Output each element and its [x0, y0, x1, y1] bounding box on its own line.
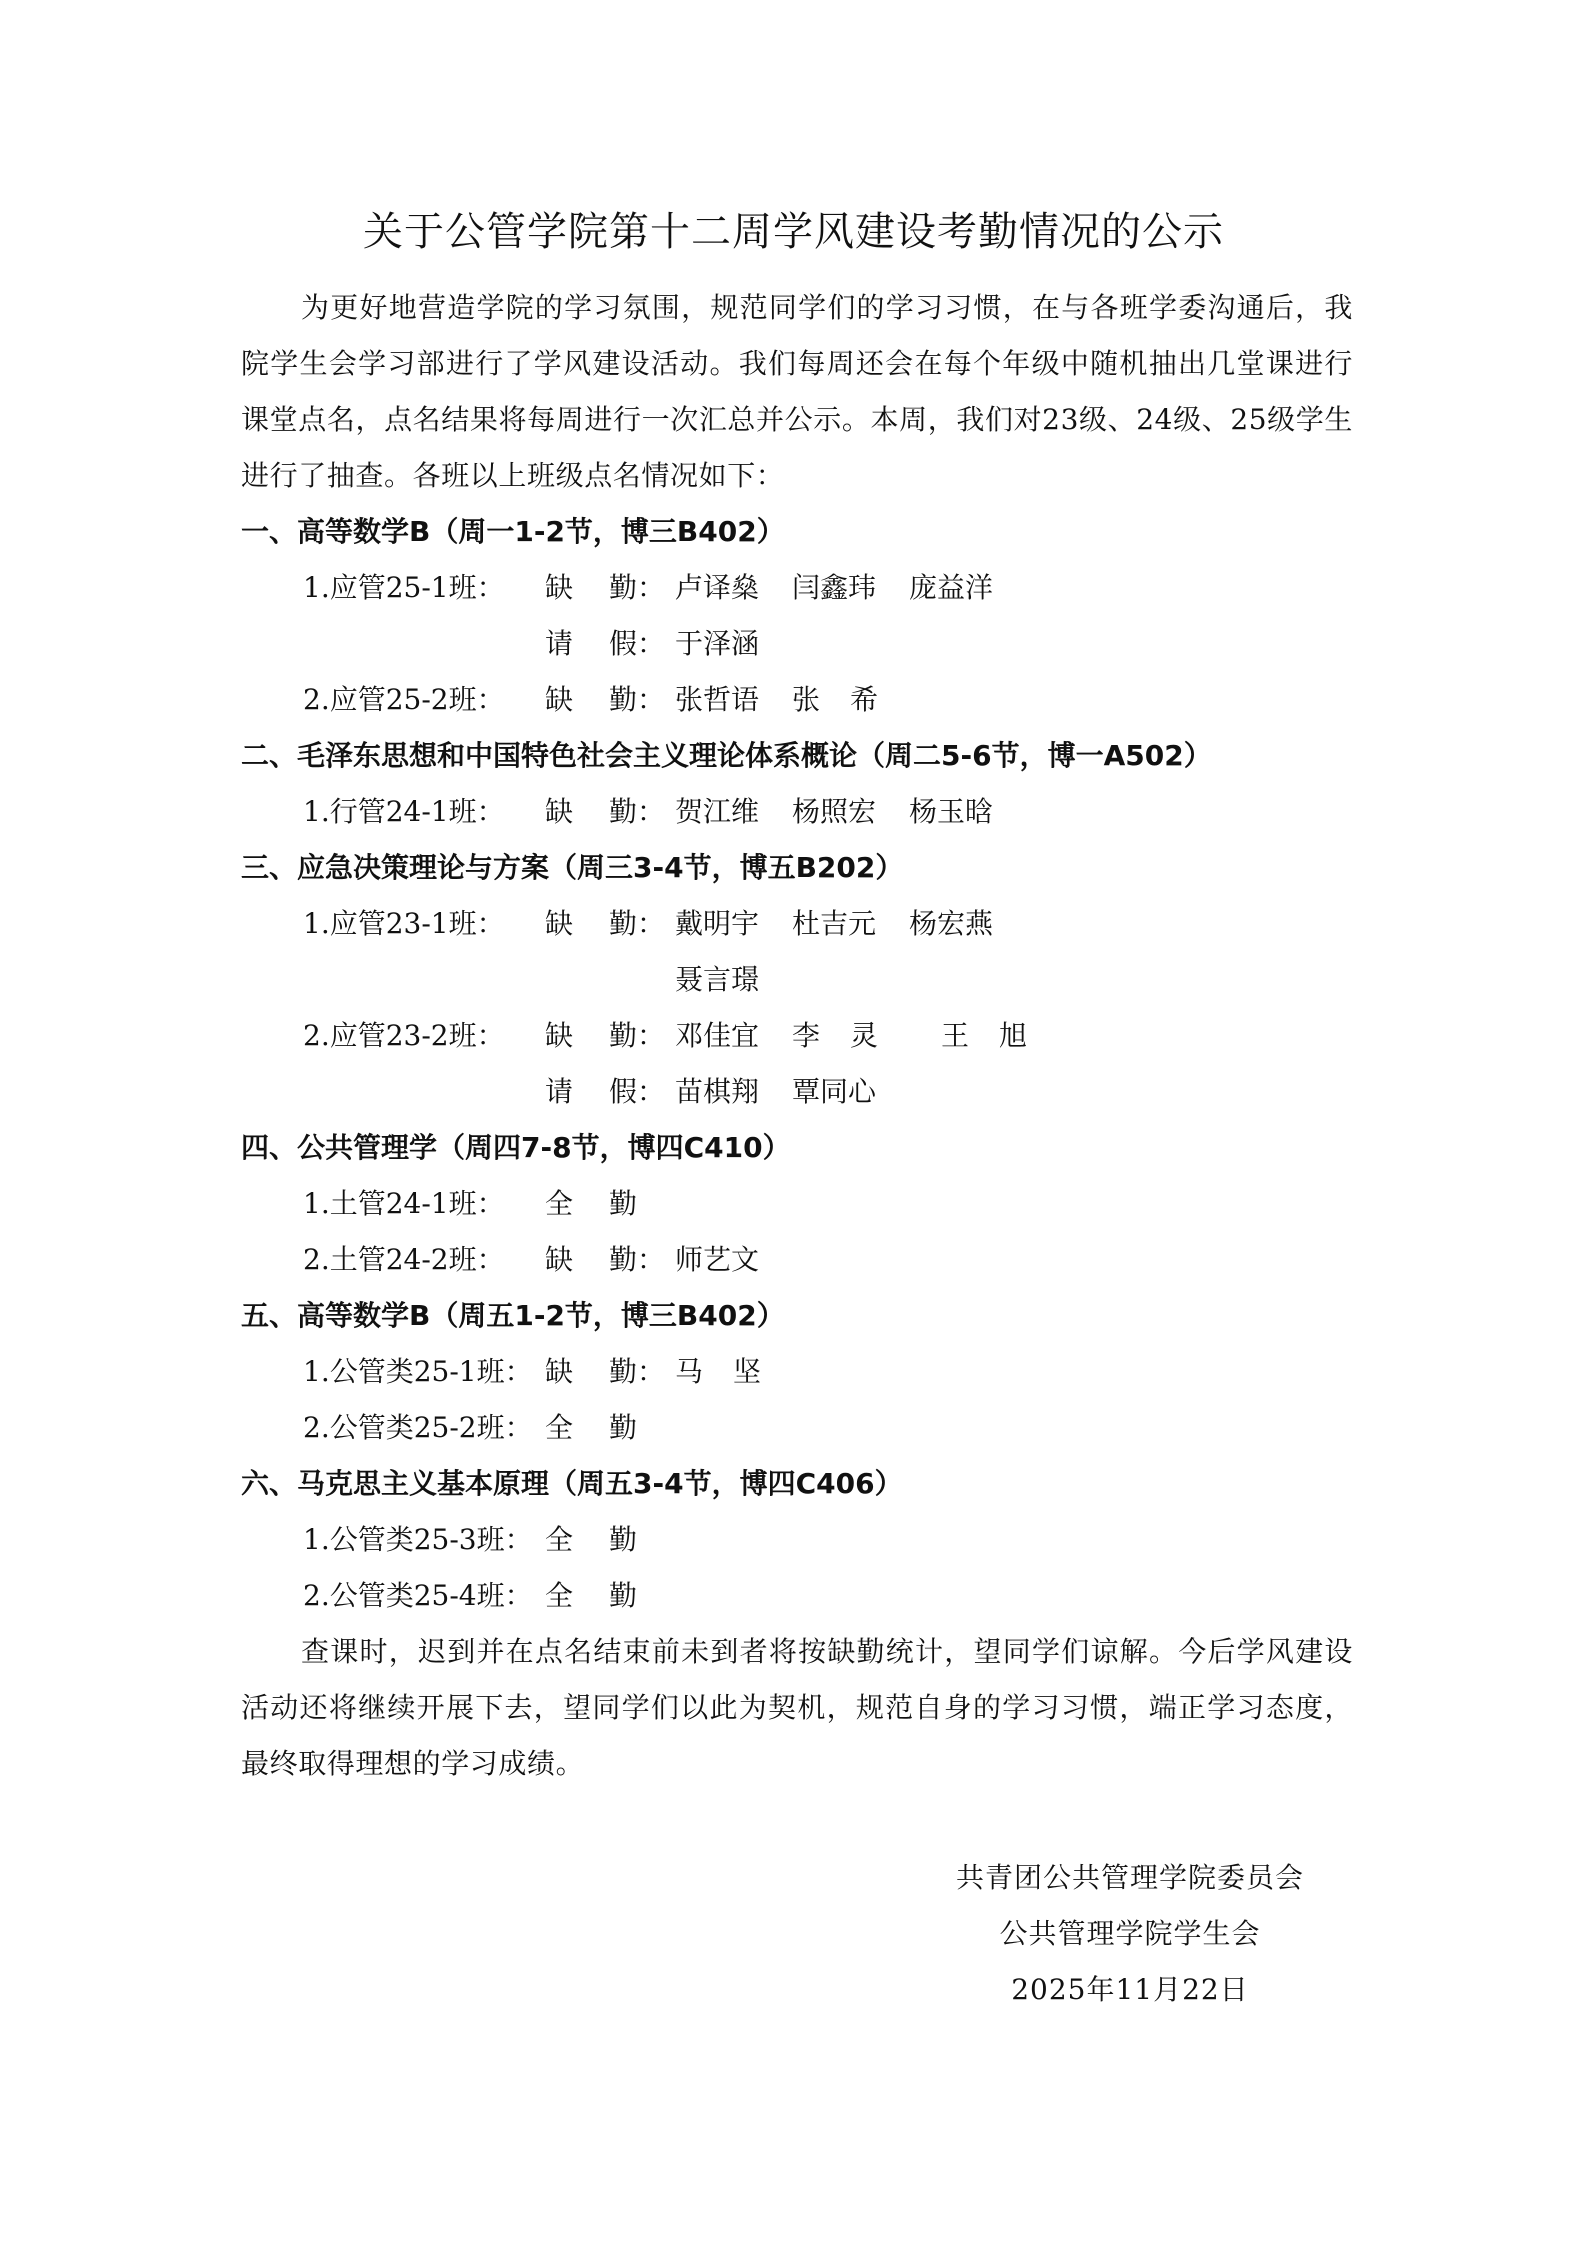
- student-name: 庞益洋: [909, 560, 993, 616]
- student-name: 张哲语: [675, 672, 759, 728]
- status-label: 全勤: [545, 1176, 637, 1232]
- status-label: 缺勤：: [545, 784, 637, 840]
- student-name: 马坚: [675, 1344, 791, 1400]
- absent-names: 马坚: [675, 1344, 824, 1400]
- student-name: 邓佳宜: [675, 1008, 759, 1064]
- status-char: 缺: [545, 1232, 573, 1288]
- absent-names: 张哲语张希: [675, 672, 941, 728]
- class-row: 1.行管24-1班：缺勤：贺江维杨照宏杨玉晗: [241, 784, 1353, 840]
- status-char: 缺: [545, 784, 573, 840]
- intro-paragraph: 为更好地营造学院的学习氛围，规范同学们的学习习惯，在与各班学委沟通后，我院学生会…: [241, 280, 1353, 504]
- absent-names: 贺江维杨照宏杨玉晗: [675, 784, 1026, 840]
- class-row: 1.应管25-1班：缺勤：卢译燊闫鑫玮庞益洋: [241, 560, 1353, 616]
- status-label: 缺勤：: [545, 560, 637, 616]
- status-char: 勤：: [609, 1008, 637, 1064]
- status-label: 全勤: [545, 1512, 637, 1568]
- student-name: 闫鑫玮: [792, 560, 876, 616]
- course-heading: 四、公共管理学（周四7-8节，博四C410）: [241, 1120, 1353, 1176]
- status-char: 请: [545, 616, 573, 672]
- status-label: 缺勤：: [545, 896, 637, 952]
- course-heading: 二、毛泽东思想和中国特色社会主义理论体系概论（周二5-6节，博一A502）: [241, 728, 1353, 784]
- course-heading: 六、马克思主义基本原理（周五3-4节，博四C406）: [241, 1456, 1353, 1512]
- status-char: 缺: [545, 672, 573, 728]
- course-section-4: 四、公共管理学（周四7-8节，博四C410）1.土管24-1班：全勤2.土管24…: [241, 1120, 1353, 1288]
- course-section-3: 三、应急决策理论与方案（周三3-4节，博五B202）1.应管23-1班：缺勤：戴…: [241, 840, 1353, 1120]
- course-heading: 一、高等数学B（周一1-2节，博三B402）: [241, 504, 1353, 560]
- absent-names-continued: 聂言璟: [675, 952, 792, 1008]
- class-row: 2.公管类25-4班：全勤: [241, 1568, 1353, 1624]
- status-char: 全: [545, 1568, 573, 1624]
- class-label: 1.土管24-1班：: [303, 1176, 505, 1232]
- status-label: 缺勤：: [545, 672, 637, 728]
- status-char: 假：: [609, 616, 637, 672]
- status-char: 缺: [545, 560, 573, 616]
- student-name: 贺江维: [675, 784, 759, 840]
- student-name: 张希: [792, 672, 908, 728]
- absent-names: 卢译燊闫鑫玮庞益洋: [675, 560, 1026, 616]
- status-char: 全: [545, 1400, 573, 1456]
- class-row: 2.公管类25-2班：全勤: [241, 1400, 1353, 1456]
- absent-names: 师艺文: [675, 1232, 792, 1288]
- class-label: 2.应管23-2班：: [303, 1008, 505, 1064]
- class-label: 1.行管24-1班：: [303, 784, 505, 840]
- status-char: 勤: [609, 1568, 637, 1624]
- course-heading: 五、高等数学B（周五1-2节，博三B402）: [241, 1288, 1353, 1344]
- document-title: 关于公管学院第十二周学风建设考勤情况的公示: [0, 204, 1587, 260]
- class-label: 2.公管类25-2班：: [303, 1400, 533, 1456]
- class-label: 1.应管23-1班：: [303, 896, 505, 952]
- student-name: 卢译燊: [675, 560, 759, 616]
- student-name: 苗棋翔: [675, 1064, 759, 1120]
- student-name: 师艺文: [675, 1232, 759, 1288]
- document-body: 为更好地营造学院的学习氛围，规范同学们的学习习惯，在与各班学委沟通后，我院学生会…: [241, 280, 1353, 1792]
- status-char: 缺: [545, 1008, 573, 1064]
- status-label: 全勤: [545, 1568, 637, 1624]
- status-char: 勤: [609, 1176, 637, 1232]
- document-page: 关于公管学院第十二周学风建设考勤情况的公示 为更好地营造学院的学习氛围，规范同学…: [0, 0, 1587, 2245]
- status-char: 勤: [609, 1400, 637, 1456]
- leave-row: 请假：于泽涵: [241, 616, 1353, 672]
- status-char: 勤：: [609, 560, 637, 616]
- student-name: 王旭: [941, 1008, 1057, 1064]
- course-section-1: 一、高等数学B（周一1-2节，博三B402）1.应管25-1班：缺勤：卢译燊闫鑫…: [241, 504, 1353, 728]
- status-char: 缺: [545, 896, 573, 952]
- class-row: 1.土管24-1班：全勤: [241, 1176, 1353, 1232]
- signature-date: 2025年11月22日: [900, 1962, 1360, 2018]
- student-name: 戴明宇: [675, 896, 759, 952]
- student-name: 杨宏燕: [909, 896, 993, 952]
- status-char: 全: [545, 1512, 573, 1568]
- status-char: 勤: [609, 1512, 637, 1568]
- course-section-6: 六、马克思主义基本原理（周五3-4节，博四C406）1.公管类25-3班：全勤2…: [241, 1456, 1353, 1624]
- status-char: 勤：: [609, 1344, 637, 1400]
- signature-block: 共青团公共管理学院委员会 公共管理学院学生会 2025年11月22日: [900, 1850, 1360, 2018]
- student-name: 杜吉元: [792, 896, 876, 952]
- class-label: 2.土管24-2班：: [303, 1232, 505, 1288]
- class-label: 1.公管类25-3班：: [303, 1512, 533, 1568]
- student-name: 于泽涵: [675, 616, 759, 672]
- class-row-continued: 聂言璟: [241, 952, 1353, 1008]
- status-char: 全: [545, 1176, 573, 1232]
- status-char: 勤：: [609, 1232, 637, 1288]
- status-char: 勤：: [609, 672, 637, 728]
- student-name: 聂言璟: [675, 952, 759, 1008]
- status-char: 勤：: [609, 896, 637, 952]
- status-label: 缺勤：: [545, 1008, 637, 1064]
- leave-row: 请假：苗棋翔覃同心: [241, 1064, 1353, 1120]
- class-row: 1.公管类25-1班：缺勤：马坚: [241, 1344, 1353, 1400]
- class-label: 1.应管25-1班：: [303, 560, 505, 616]
- leave-names: 于泽涵: [675, 616, 792, 672]
- student-name: 杨玉晗: [909, 784, 993, 840]
- status-label: 缺勤：: [545, 1344, 637, 1400]
- signature-org-student-union: 公共管理学院学生会: [900, 1906, 1360, 1962]
- attendance-sections: 一、高等数学B（周一1-2节，博三B402）1.应管25-1班：缺勤：卢译燊闫鑫…: [241, 504, 1353, 1624]
- class-label: 2.公管类25-4班：: [303, 1568, 533, 1624]
- class-row: 2.土管24-2班：缺勤：师艺文: [241, 1232, 1353, 1288]
- class-label: 2.应管25-2班：: [303, 672, 505, 728]
- student-name: 李灵: [792, 1008, 908, 1064]
- class-row: 2.应管23-2班：缺勤：邓佳宜李灵王旭: [241, 1008, 1353, 1064]
- status-char: 假：: [609, 1064, 637, 1120]
- class-row: 1.公管类25-3班：全勤: [241, 1512, 1353, 1568]
- closing-paragraph: 查课时，迟到并在点名结束前未到者将按缺勤统计，望同学们谅解。今后学风建设活动还将…: [241, 1624, 1353, 1792]
- status-label: 请假：: [545, 1064, 637, 1120]
- student-name: 杨照宏: [792, 784, 876, 840]
- status-label: 缺勤：: [545, 1232, 637, 1288]
- signature-org-league: 共青团公共管理学院委员会: [900, 1850, 1360, 1906]
- status-char: 勤：: [609, 784, 637, 840]
- class-row: 1.应管23-1班：缺勤：戴明宇杜吉元杨宏燕: [241, 896, 1353, 952]
- class-row: 2.应管25-2班：缺勤：张哲语张希: [241, 672, 1353, 728]
- student-name: 覃同心: [792, 1064, 876, 1120]
- status-char: 请: [545, 1064, 573, 1120]
- course-section-2: 二、毛泽东思想和中国特色社会主义理论体系概论（周二5-6节，博一A502）1.行…: [241, 728, 1353, 840]
- status-label: 请假：: [545, 616, 637, 672]
- status-char: 缺: [545, 1344, 573, 1400]
- course-section-5: 五、高等数学B（周五1-2节，博三B402）1.公管类25-1班：缺勤：马坚2.…: [241, 1288, 1353, 1456]
- leave-names: 苗棋翔覃同心: [675, 1064, 909, 1120]
- class-label: 1.公管类25-1班：: [303, 1344, 533, 1400]
- absent-names: 邓佳宜李灵王旭: [675, 1008, 1090, 1064]
- absent-names: 戴明宇杜吉元杨宏燕: [675, 896, 1026, 952]
- status-label: 全勤: [545, 1400, 637, 1456]
- course-heading: 三、应急决策理论与方案（周三3-4节，博五B202）: [241, 840, 1353, 896]
